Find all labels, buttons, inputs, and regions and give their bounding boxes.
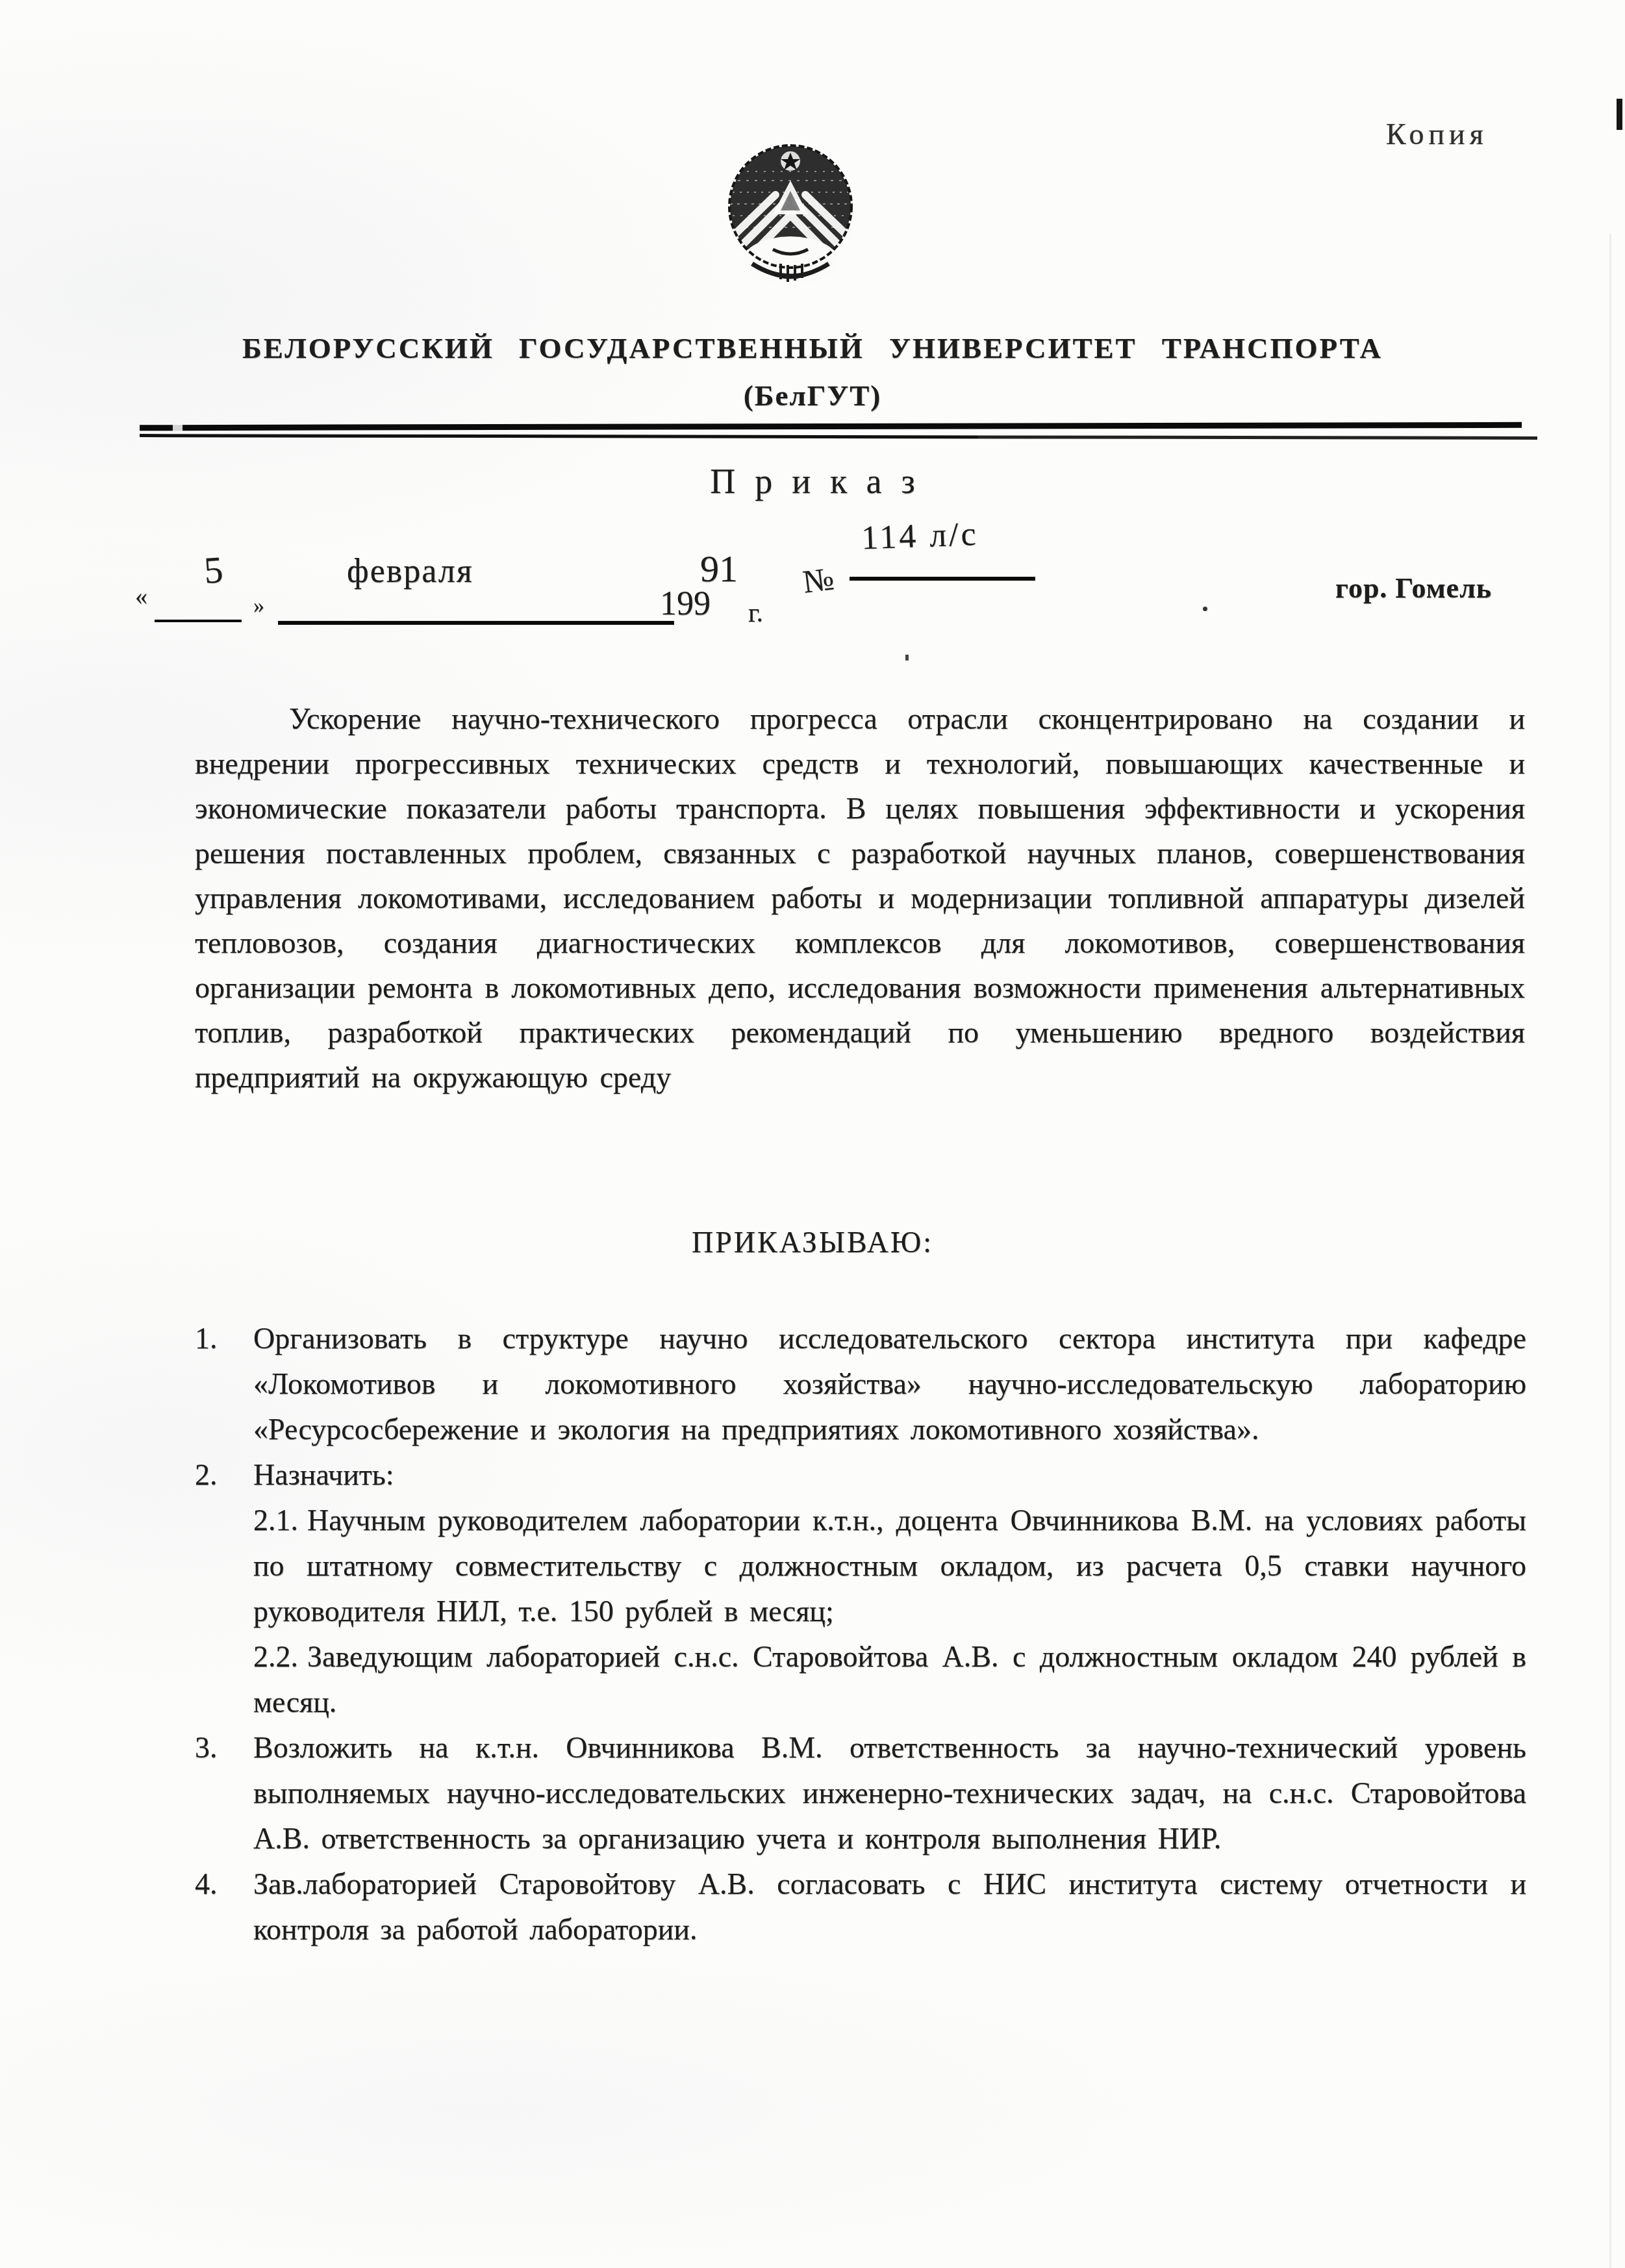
order-item-text: Зав.лабораторией Старовойтову А.В. согла… xyxy=(253,1867,1526,1946)
order-item-text: Возложить на к.т.н. Овчинникова В.М. отв… xyxy=(253,1731,1526,1855)
date-open-quote: « xyxy=(135,582,147,611)
scan-edge-dash-artifact xyxy=(1617,99,1622,130)
order-subitem-2-1: 2.1.Научным руководителем лаборатории к.… xyxy=(253,1498,1526,1634)
order-item-number: 1. xyxy=(195,1316,218,1361)
header-divider-line-top xyxy=(140,422,1522,431)
scan-edge-artifact xyxy=(1609,234,1611,2268)
order-subitem-number: 2.2. xyxy=(253,1640,298,1673)
order-item-3: 3. Возложить на к.т.н. Овчинникова В.М. … xyxy=(195,1725,1526,1861)
order-subitem-2-2: 2.2.Заведующим лабораторией с.н.с. Старо… xyxy=(253,1634,1526,1725)
order-subitem-text: Научным руководителем лаборатории к.т.н.… xyxy=(253,1504,1526,1628)
order-number-value: 114 л/с xyxy=(861,515,979,557)
date-month-underline xyxy=(278,621,674,625)
order-number-underline xyxy=(850,577,1035,581)
order-subitem-number: 2.1. xyxy=(253,1504,298,1537)
date-year-suffix: г. xyxy=(748,598,763,629)
scan-speck-artifact xyxy=(1203,607,1207,611)
resolution-heading: ПРИКАЗЫВАЮ: xyxy=(0,1225,1625,1259)
scan-speck-artifact xyxy=(905,655,909,661)
order-items-list: 1. Организовать в структуре научно иссле… xyxy=(195,1316,1526,1952)
city-label: гор. Гомель xyxy=(1335,572,1492,605)
document-title: Приказ xyxy=(0,461,1625,501)
order-subitem-text: Заведующим лабораторией с.н.с. Старовойт… xyxy=(253,1640,1526,1719)
university-name: БЕЛОРУССКИЙ ГОСУДАРСТВЕННЫЙ УНИВЕРСИТЕТ … xyxy=(0,331,1625,365)
order-item-text: Назначить: xyxy=(253,1458,394,1491)
date-close-quote: » xyxy=(253,594,264,618)
coat-of-arms-svg xyxy=(718,142,863,283)
order-item-number: 2. xyxy=(195,1452,218,1498)
order-preamble: Ускорение научно-технического прогресса … xyxy=(195,696,1525,1100)
order-number-label: № xyxy=(801,559,836,600)
header-divider-line-bottom xyxy=(140,434,1537,440)
order-item-2: 2. Назначить: 2.1.Научным руководителем … xyxy=(195,1452,1526,1725)
order-item-4: 4. Зав.лабораторией Старовойтову А.В. со… xyxy=(195,1861,1526,1952)
date-year-handwritten: 91 xyxy=(700,547,738,590)
scanned-order-document: Копия xyxy=(0,0,1625,2268)
order-item-text: Организовать в структуре научно исследов… xyxy=(253,1322,1526,1446)
date-day-value: 5 xyxy=(203,548,225,592)
university-abbreviation: (БелГУТ) xyxy=(0,379,1625,412)
order-item-number: 4. xyxy=(195,1861,218,1907)
coat-of-arms-icon xyxy=(718,142,863,283)
date-day-underline xyxy=(155,620,242,622)
order-item-number: 3. xyxy=(195,1725,218,1770)
copy-stamp-label: Копия xyxy=(1386,117,1488,151)
order-item-1: 1. Организовать в структуре научно иссле… xyxy=(195,1316,1526,1452)
date-month-value: февраля xyxy=(347,552,473,590)
